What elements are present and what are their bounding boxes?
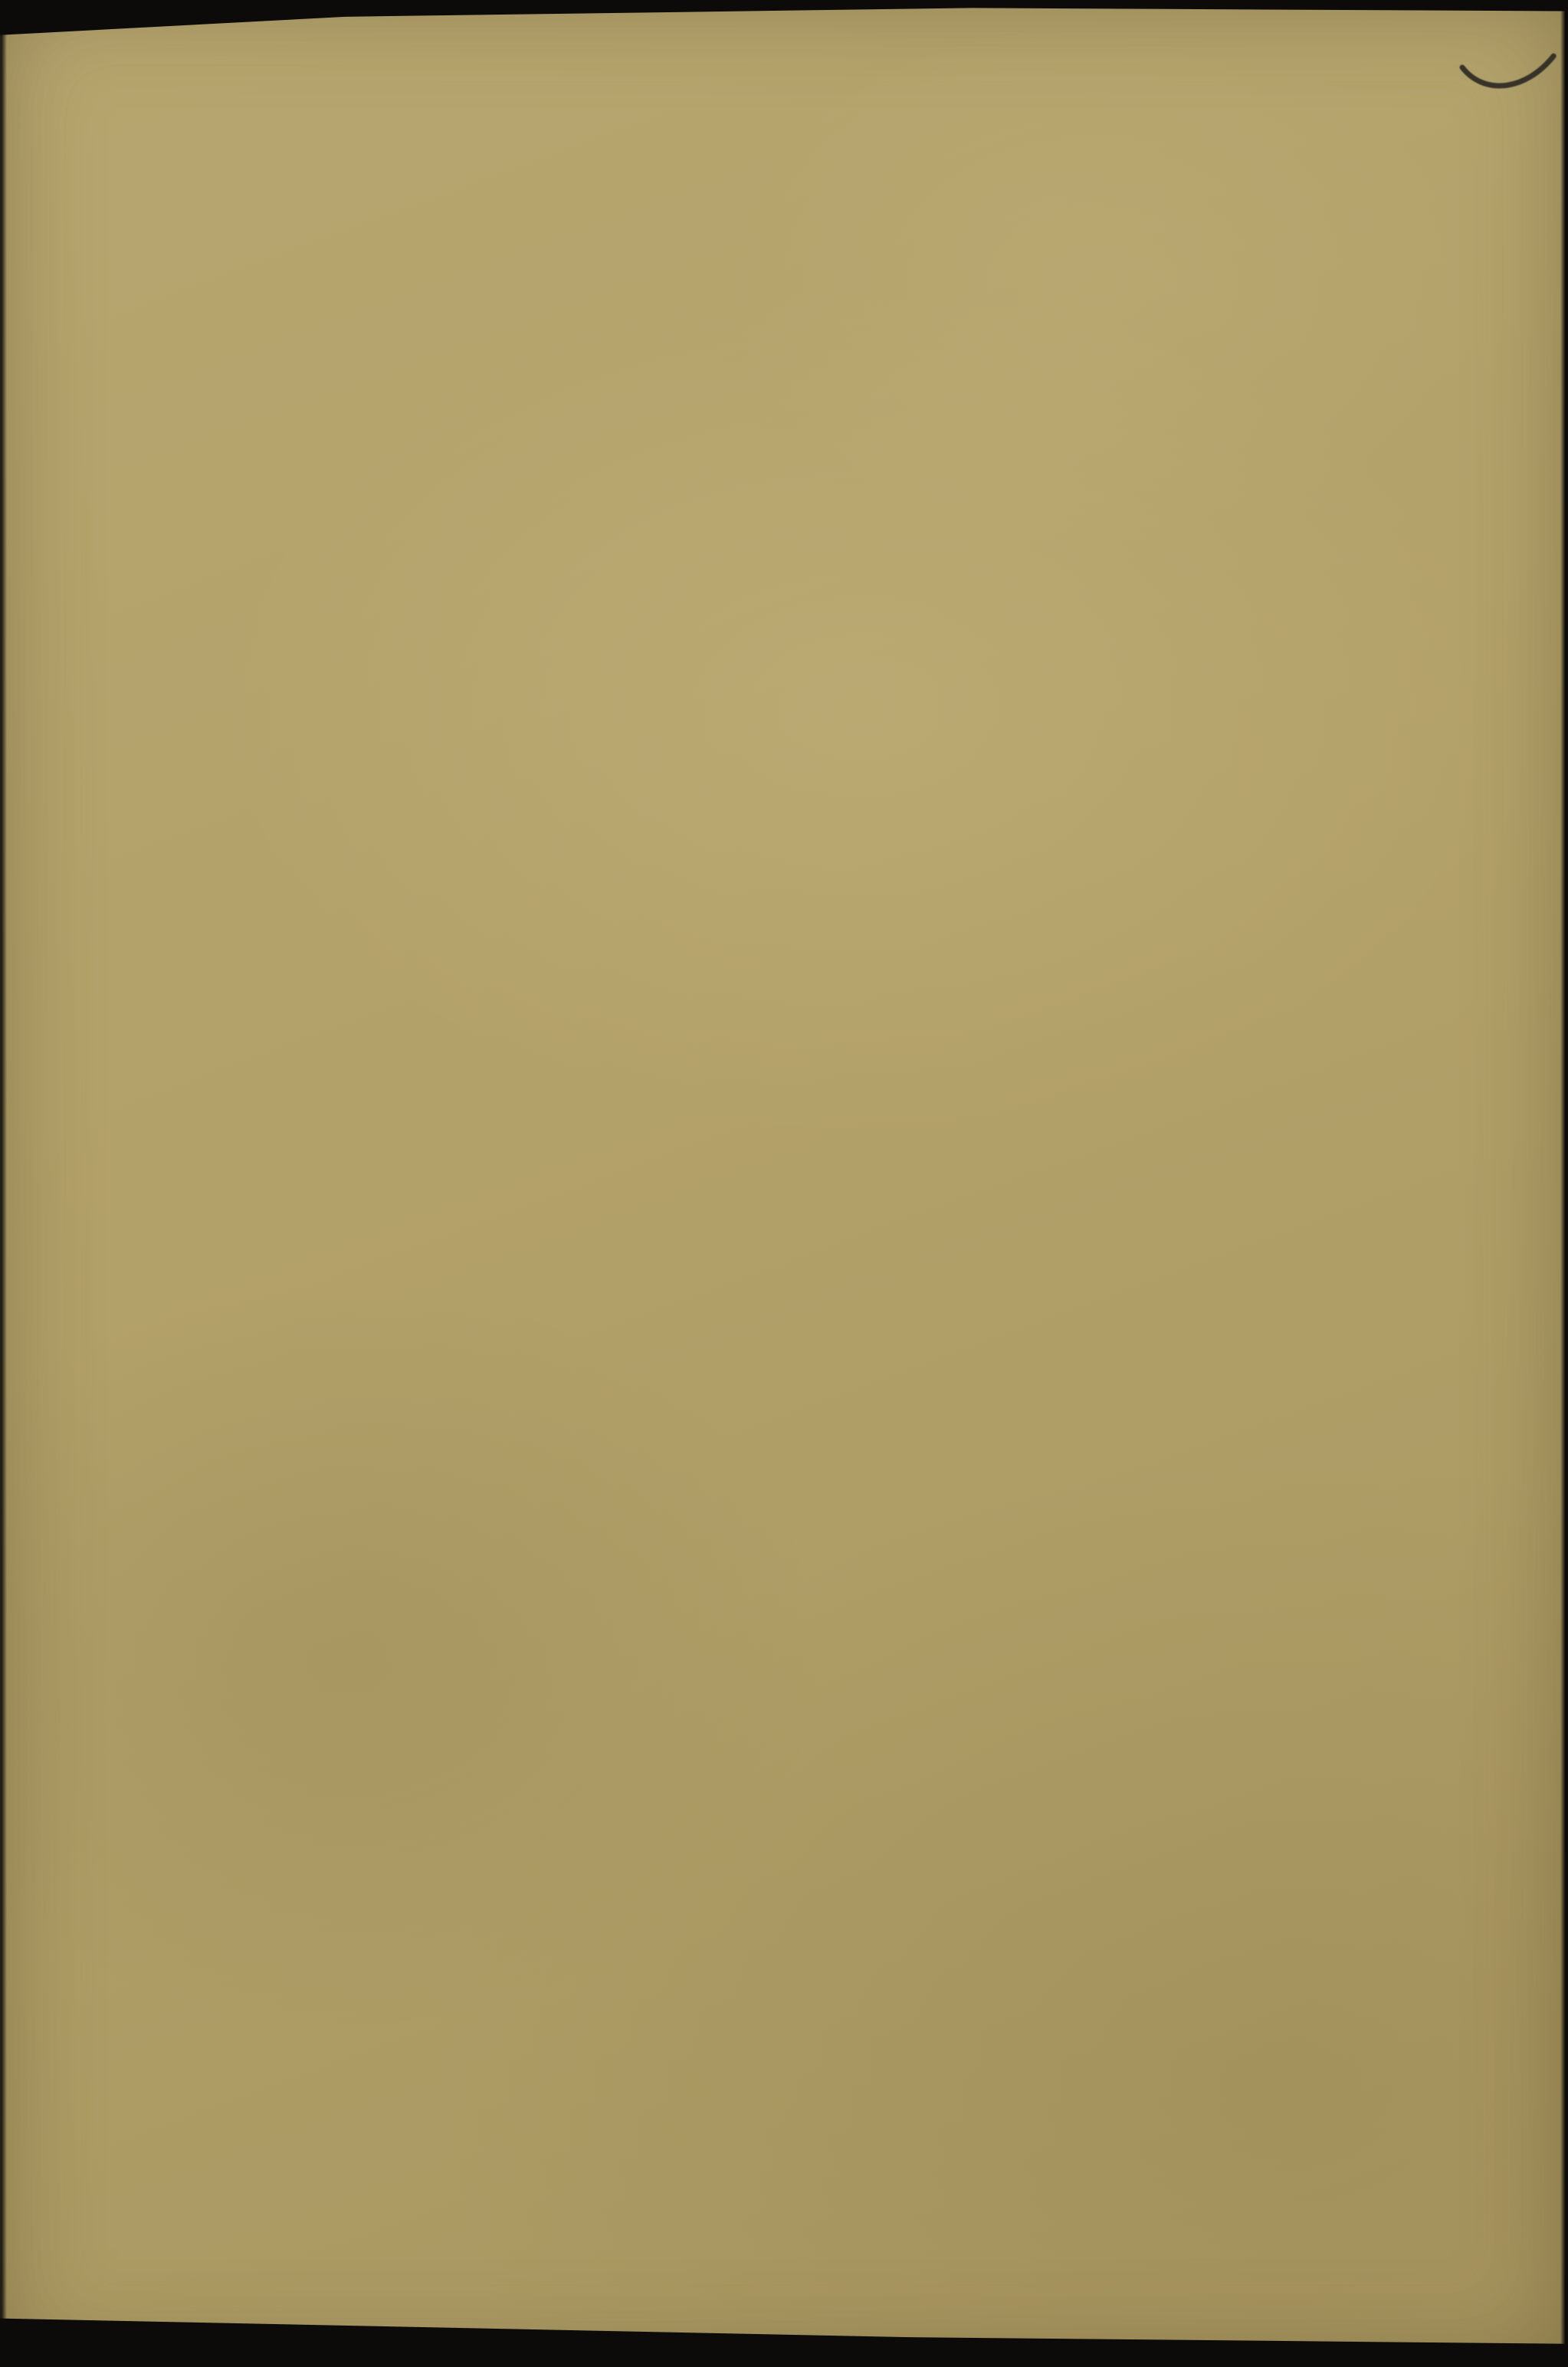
paper-sheet bbox=[0, 0, 1568, 2367]
handwritten-page-number bbox=[1454, 0, 1568, 119]
scan-edge-left bbox=[0, 0, 7, 2367]
handwritten-underline-stroke bbox=[1455, 44, 1568, 106]
scan-edge-right bbox=[1560, 0, 1568, 2367]
artifact-layer bbox=[0, 0, 1568, 2367]
